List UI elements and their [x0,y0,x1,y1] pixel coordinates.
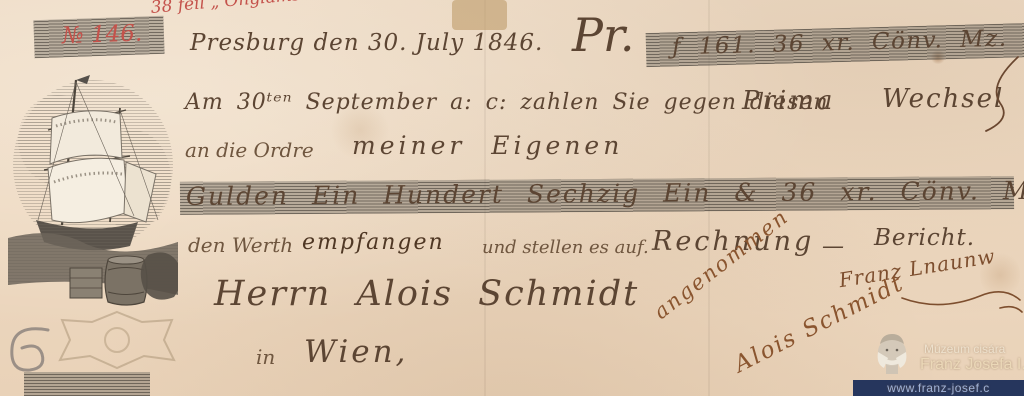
value-place: und stellen es auf. [482,237,649,258]
amount-band: ƒ 161. 36 xr. Cönv. Mz. [646,23,1024,67]
payee-city: Wien, [304,334,408,370]
value-report: Bericht. [874,225,975,251]
ink-flourish [900,278,1024,318]
ship-engraving [8,70,178,325]
value-dash: — [822,234,844,259]
order-label: an die Ordre [185,138,314,162]
tape-stain [452,0,507,30]
amount-words: Gulden Ein Hundert Sechzig Ein & 36 xr. … [186,176,1024,211]
red-annotation: 38 feil „ Onglams 846, [150,0,344,18]
museum-watermark-line1: Múzeum cisára [924,342,1005,356]
ink-flourish [978,55,1024,135]
museum-watermark-line2: Franz Josefa I. [920,356,1024,374]
url-strip: www.franz-josef.c [853,380,1024,396]
amount-figures: ƒ 161. 36 xr. Cönv. Mz. [672,26,1008,61]
wechsel-document: № 146. 38 feil „ Onglams 846, Presburg d… [0,0,1024,396]
body-line1: Am 30ᵗᵉⁿ September a: c: zahlen Sie gege… [185,90,829,115]
number-label: № 146. [61,20,142,49]
pr-abbreviation: Pr. [572,8,635,62]
place-date: Presburg den 30. July 1846. [190,30,543,56]
museum-url: www.franz-josef.c [887,381,990,395]
hatched-bar [24,372,150,396]
payee-in: in [256,345,275,369]
payee-name: Herrn Alois Schmidt [214,274,639,314]
value-worth: den Werth [188,233,293,257]
pencil-mark [4,322,54,378]
signature-accepted: angenommen [649,204,793,324]
amount-words-band: Gulden Ein Hundert Sechzig Ein & 36 xr. … [180,176,1014,215]
value-received: empfangen [302,230,445,255]
number-box: № 146. [33,16,164,59]
prima-word: Prima [742,86,835,116]
emboss-ornament [52,310,182,372]
order-value: meiner Eigenen [352,131,623,160]
